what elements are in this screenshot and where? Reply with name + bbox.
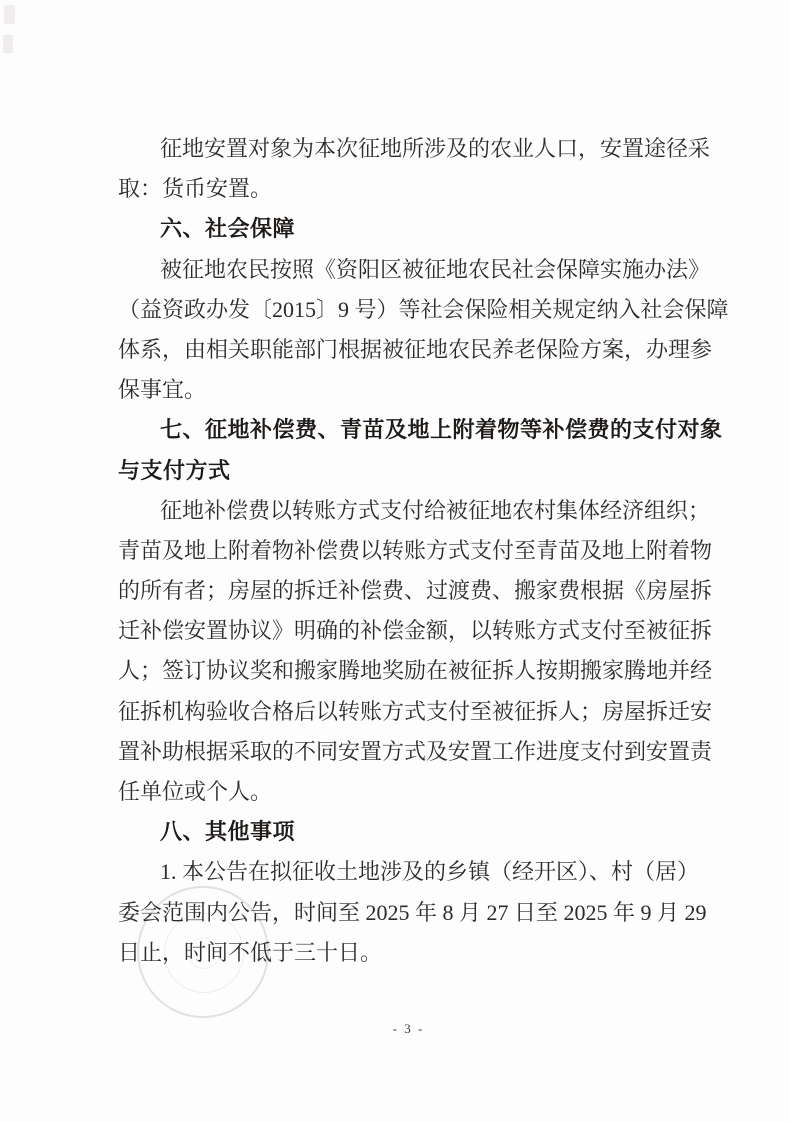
heading-section-eight: 八、其他事项 bbox=[118, 812, 718, 852]
para-payment-line-8: 任单位或个人。 bbox=[118, 772, 718, 812]
para-social-security-line-2: （益资政办发〔2015〕9 号）等社会保险相关规定纳入社会保障 bbox=[118, 290, 718, 330]
para-resettlement-line-2: 取：货币安置。 bbox=[118, 169, 718, 209]
para-social-security-line-1: 被征地农民按照《资阳区被征地农民社会保障实施办法》 bbox=[118, 250, 718, 290]
heading-section-seven-line-2: 与支付方式 bbox=[118, 451, 718, 491]
page-number: - 3 - bbox=[14, 1021, 789, 1037]
para-payment-line-6: 征拆机构验收合格后以转账方式支付至被征拆人；房屋拆迁安 bbox=[118, 692, 718, 732]
para-payment-line-4: 迁补偿安置协议》明确的补偿金额，以转账方式支付至被征拆 bbox=[118, 611, 718, 651]
para-payment-line-2: 青苗及地上附着物补偿费以转账方式支付至青苗及地上附着物 bbox=[118, 531, 718, 571]
para-payment-line-5: 人；签订协议奖和搬家腾地奖励在被征拆人按期搬家腾地并经 bbox=[118, 651, 718, 691]
heading-section-seven-line-1: 七、征地补偿费、青苗及地上附着物等补偿费的支付对象 bbox=[118, 410, 718, 450]
scanned-document-page: 征地安置对象为本次征地所涉及的农业人口，安置途径采 取：货币安置。 六、社会保障… bbox=[0, 0, 789, 1122]
document-body: 征地安置对象为本次征地所涉及的农业人口，安置途径采 取：货币安置。 六、社会保障… bbox=[118, 129, 718, 973]
para-payment-line-7: 置补助根据采取的不同安置方式及安置工作进度支付到安置责 bbox=[118, 732, 718, 772]
para-payment-line-3: 的所有者；房屋的拆迁补偿费、过渡费、搬家费根据《房屋拆 bbox=[118, 571, 718, 611]
para-resettlement-line-1: 征地安置对象为本次征地所涉及的农业人口，安置途径采 bbox=[118, 129, 718, 169]
para-payment-line-1: 征地补偿费以转账方式支付给被征地农村集体经济组织； bbox=[118, 491, 718, 531]
heading-section-six: 六、社会保障 bbox=[118, 209, 718, 249]
scan-artifact-mark bbox=[3, 35, 13, 53]
para-other-matters-line-2: 委会范围内公告，时间至 2025 年 8 月 27 日至 2025 年 9 月 … bbox=[118, 893, 718, 933]
para-social-security-line-3: 体系，由相关职能部门根据被征地农民养老保险方案，办理参 bbox=[118, 330, 718, 370]
para-other-matters-line-1: 1. 本公告在拟征收土地涉及的乡镇（经开区）、村（居） bbox=[118, 852, 718, 892]
scan-artifact-mark bbox=[4, 5, 15, 24]
para-other-matters-line-3: 日止，时间不低于三十日。 bbox=[118, 933, 718, 973]
para-social-security-line-4: 保事宜。 bbox=[118, 370, 718, 410]
